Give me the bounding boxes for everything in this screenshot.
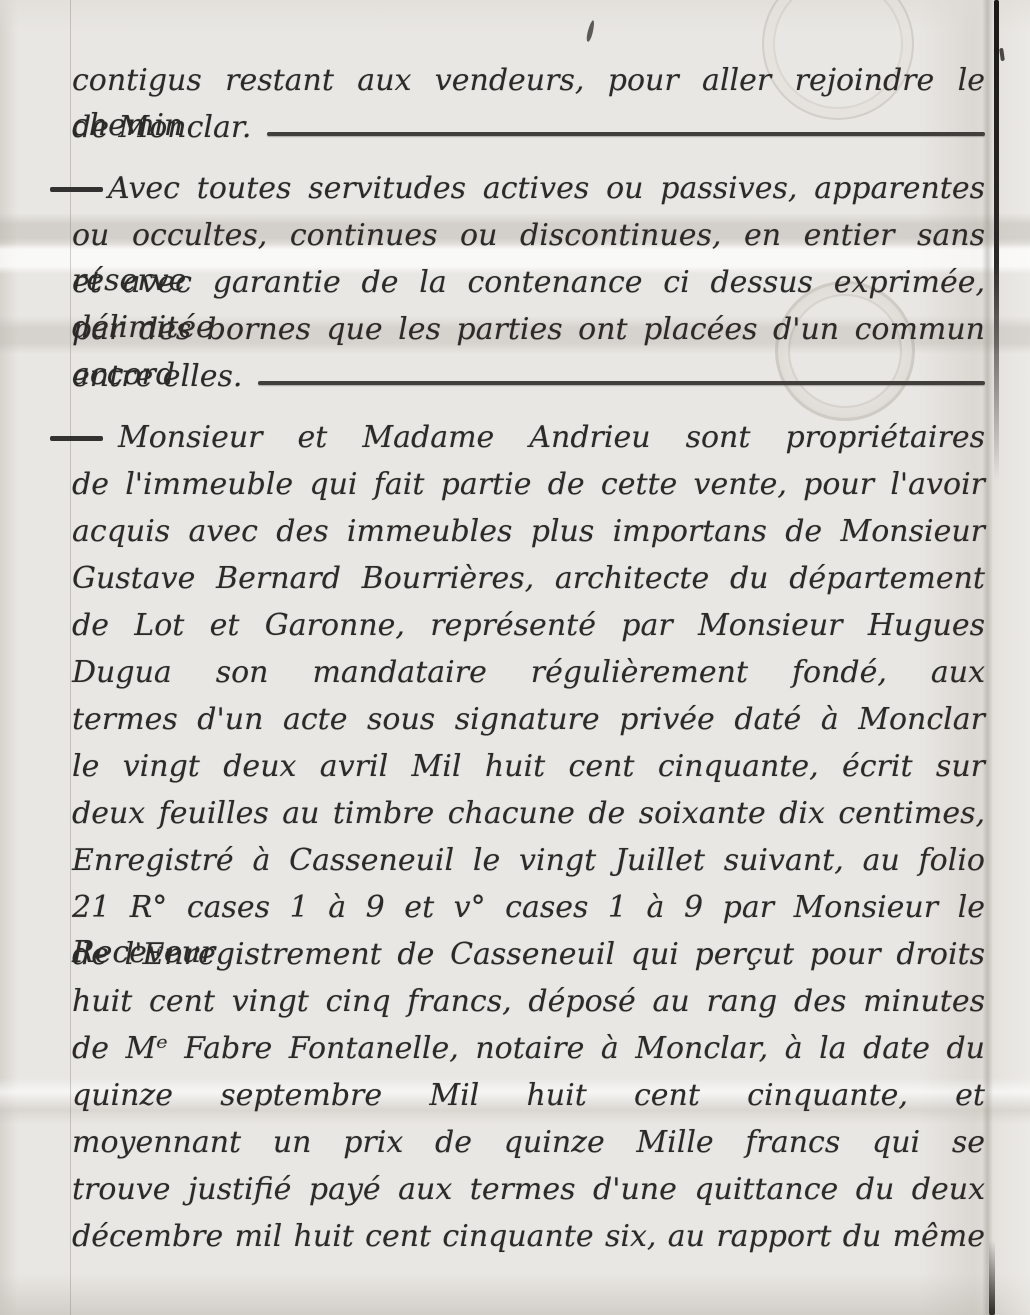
line-text: de Monclar.: [72, 105, 251, 150]
line-text: termes d'un acte sous signature privée d…: [72, 702, 985, 737]
line-text: Avec toutes servitudes actives ou passiv…: [108, 171, 985, 206]
paragraph-lead-dash: [50, 187, 103, 192]
manuscript-line: Enregistré à Casseneuil le vingt Juillet…: [72, 838, 985, 885]
manuscript-line: Avec toutes servitudes actives ou passiv…: [72, 166, 985, 213]
manuscript-text: contigus restant aux vendeurs, pour alle…: [0, 0, 1030, 1261]
manuscript-line: ou occultes, continues ou discontinues, …: [72, 213, 985, 260]
manuscript-line: 21 R° cases 1 à 9 et v° cases 1 à 9 par …: [72, 885, 985, 932]
manuscript-line: moyennant un prix de quinze Mille francs…: [72, 1120, 985, 1167]
paragraph-end-rule: [267, 132, 985, 136]
manuscript-line: de l'Enregistrement de Casseneuil qui pe…: [72, 932, 985, 979]
line-text: acquis avec des immeubles plus importans…: [72, 514, 985, 549]
manuscript-line: Dugua son mandataire régulièrement fondé…: [72, 650, 985, 697]
manuscript-line: de Lot et Garonne, représenté par Monsie…: [72, 603, 985, 650]
line-text: entre elles.: [72, 354, 242, 399]
line-text: décembre mil huit cent cinquante six, au…: [72, 1219, 985, 1254]
paragraph-end-rule: [258, 381, 985, 385]
line-text: Dugua son mandataire régulièrement fondé…: [72, 655, 985, 690]
manuscript-line: termes d'un acte sous signature privée d…: [72, 697, 985, 744]
line-text: deux feuilles au timbre chacune de soixa…: [72, 796, 985, 831]
manuscript-line: de l'immeuble qui fait partie de cette v…: [72, 462, 985, 509]
line-text: huit cent vingt cinq francs, déposé au r…: [72, 984, 985, 1019]
line-text: de l'immeuble qui fait partie de cette v…: [72, 467, 985, 502]
manuscript-line: et avec garantie de la contenance ci des…: [72, 260, 985, 307]
manuscript-line: entre elles.: [72, 354, 985, 401]
manuscript-page: contigus restant aux vendeurs, pour alle…: [0, 0, 1030, 1315]
line-text: trouve justifié payé aux termes d'une qu…: [72, 1172, 985, 1207]
paragraph: Avec toutes servitudes actives ou passiv…: [72, 166, 985, 401]
manuscript-line: Gustave Bernard Bourrières, architecte d…: [72, 556, 985, 603]
paragraph: contigus restant aux vendeurs, pour alle…: [72, 58, 985, 152]
manuscript-line: deux feuilles au timbre chacune de soixa…: [72, 791, 985, 838]
paragraph-lead-dash: [50, 436, 103, 441]
line-text: de Lot et Garonne, représenté par Monsie…: [72, 608, 985, 643]
manuscript-line: de Monclar.: [72, 105, 985, 152]
manuscript-line: de Mᵉ Fabre Fontanelle, notaire à Moncla…: [72, 1026, 985, 1073]
line-text: quinze septembre Mil huit cent cinquante…: [72, 1078, 985, 1113]
line-text: moyennant un prix de quinze Mille francs…: [72, 1125, 985, 1160]
manuscript-line: huit cent vingt cinq francs, déposé au r…: [72, 979, 985, 1026]
manuscript-line: acquis avec des immeubles plus importans…: [72, 509, 985, 556]
line-text: Gustave Bernard Bourrières, architecte d…: [72, 561, 985, 596]
manuscript-line: par des bornes que les parties ont placé…: [72, 307, 985, 354]
paragraph: Monsieur et Madame Andrieu sont propriét…: [72, 415, 985, 1261]
manuscript-line: décembre mil huit cent cinquante six, au…: [72, 1214, 985, 1261]
line-text: le vingt deux avril Mil huit cent cinqua…: [72, 749, 985, 784]
manuscript-line: trouve justifié payé aux termes d'une qu…: [72, 1167, 985, 1214]
manuscript-line: quinze septembre Mil huit cent cinquante…: [72, 1073, 985, 1120]
manuscript-line: Monsieur et Madame Andrieu sont propriét…: [72, 415, 985, 462]
line-text: Enregistré à Casseneuil le vingt Juillet…: [72, 843, 985, 878]
line-text: de l'Enregistrement de Casseneuil qui pe…: [72, 937, 985, 972]
line-text: de Mᵉ Fabre Fontanelle, notaire à Moncla…: [72, 1031, 985, 1066]
manuscript-line: contigus restant aux vendeurs, pour alle…: [72, 58, 985, 105]
line-text: Monsieur et Madame Andrieu sont propriét…: [118, 420, 985, 455]
manuscript-line: le vingt deux avril Mil huit cent cinqua…: [72, 744, 985, 791]
